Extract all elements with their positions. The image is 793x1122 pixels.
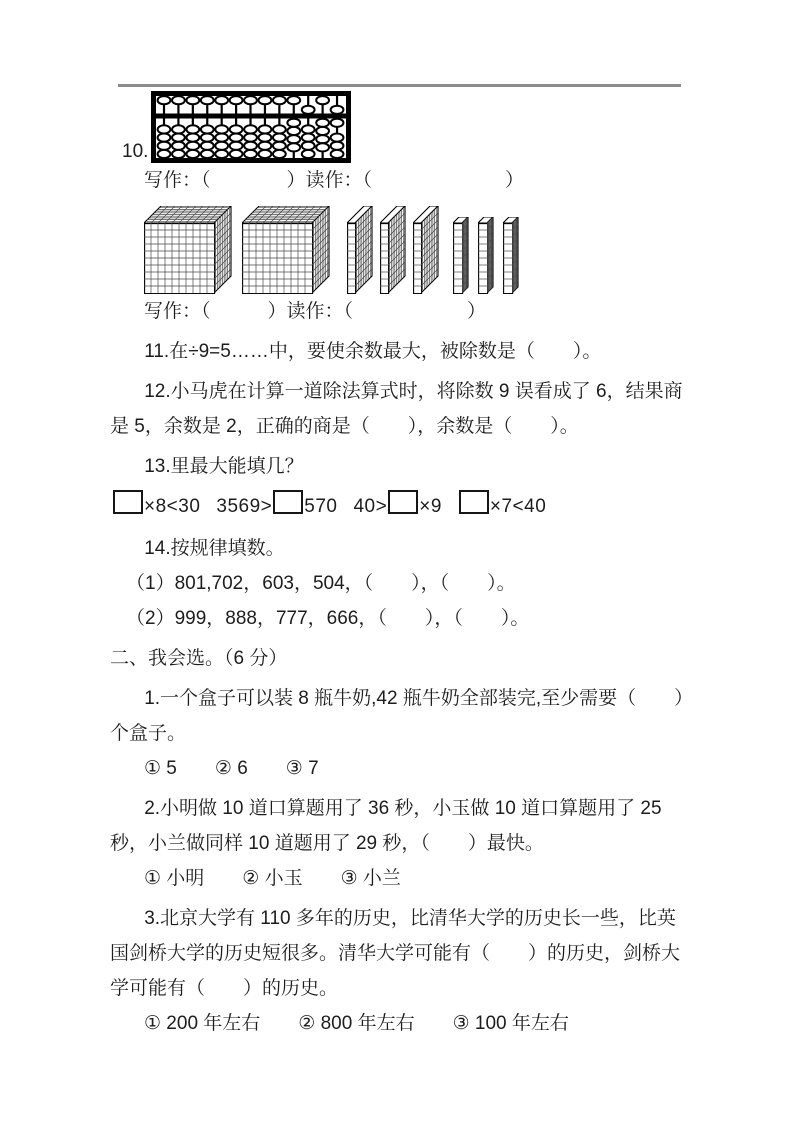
content-column: 10. 写作：（ ）读作：（ ） 写作：（ ）读作：（ ） 11.在÷9=5……… <box>110 91 688 1041</box>
hundred-flat-icon <box>380 206 407 294</box>
header-rule <box>118 84 681 87</box>
question-13-title: 13.里最大能填几？ <box>110 449 688 484</box>
question-14-line-1: （1）801,702，603，504，（ ），（ ）。 <box>126 566 688 601</box>
question-11: 11.在÷9=5……中，要使余数最大，被除数是（ ）。 <box>110 334 688 369</box>
write-read-line-1: 写作：（ ）读作：（ ） <box>144 163 688 198</box>
inequality-expression: ×8<30 <box>112 488 200 526</box>
worksheet-page: 10. 写作：（ ）读作：（ ） 写作：（ ）读作：（ ） 11.在÷9=5……… <box>0 0 793 1122</box>
blank-box <box>273 490 303 514</box>
section-2-question-1-choices: ① 5 ② 6 ③ 7 <box>144 751 688 786</box>
section-2-question-2: 2.小明做 10 道口算题用了 36 秒，小玉做 10 道口算题用了 25 秒，… <box>110 791 688 861</box>
question-10-number: 10. <box>122 142 148 161</box>
question-14-title: 14.按规律填数。 <box>110 531 688 566</box>
hundred-flat-icon <box>413 206 440 294</box>
thousand-cube-icon <box>242 206 330 294</box>
write-read-line-2: 写作：（ ）读作：（ ） <box>144 294 688 329</box>
section-2-title: 二、我会选。（6 分） <box>110 641 688 676</box>
blank-box <box>113 490 143 514</box>
base-ten-blocks-figure <box>144 204 688 294</box>
section-2-question-3-choices: ① 200 年左右 ② 800 年左右 ③ 100 年左右 <box>144 1006 688 1041</box>
question-14-line-2: （2）999，888，777，666，（ ），（ ）。 <box>126 601 688 636</box>
section-2-question-3: 3.北京大学有 110 多年的历史，比清华大学的历史长一些，比英国剑桥大学的历史… <box>110 901 688 1006</box>
thousand-cube-icon <box>144 206 232 294</box>
blank-box <box>388 490 418 514</box>
abacus-icon <box>151 91 351 163</box>
question-13-expressions: ×8<303569>57040>×9×7<40 <box>112 488 688 526</box>
section-2-question-2-choices: ① 小明 ② 小玉 ③ 小兰 <box>144 861 688 896</box>
question-12: 12.小马虎在计算一道除法算式时，将除数 9 误看成了 6，结果商是 5，余数是… <box>110 374 688 444</box>
blank-box <box>459 490 489 514</box>
inequality-expression: ×7<40 <box>458 488 546 526</box>
inequality-expression: 3569>570 <box>216 488 337 526</box>
inequality-expression: 40>×9 <box>353 488 441 526</box>
question-10-figure: 10. <box>122 91 688 163</box>
hundred-flat-icon <box>347 206 374 294</box>
ten-rod-icon <box>503 217 520 294</box>
ten-rod-icon <box>478 217 495 294</box>
section-2-question-1: 1.一个盒子可以装 8 瓶牛奶,42 瓶牛奶全部装完,至少需要（ ）个盒子。 <box>110 681 688 751</box>
ten-rod-icon <box>453 217 470 294</box>
